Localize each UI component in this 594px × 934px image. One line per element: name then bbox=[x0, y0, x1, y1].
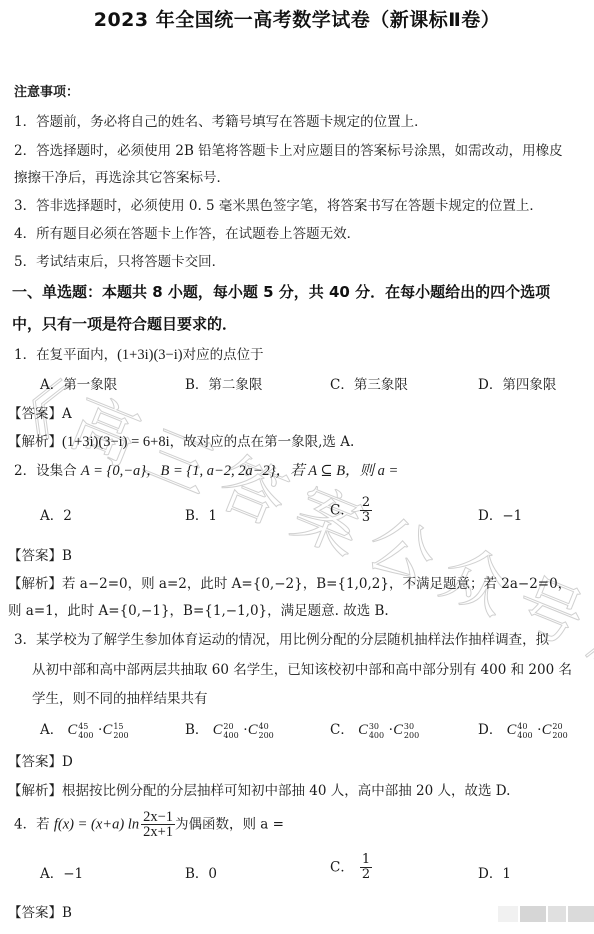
notice-item-5: 5．考试结束后，只将答题卡交回． bbox=[14, 252, 225, 272]
question-1-option-d: D．第四象限 bbox=[478, 375, 556, 395]
question-1-option-a: A．第一象限 bbox=[40, 375, 117, 395]
question-3-stem-line1: 3．某学校为了解学生参加体育运动的情况，用比例分配的分层随机抽样法作抽样调查，拟 bbox=[14, 630, 549, 650]
question-3-answer: 【答案】D bbox=[8, 752, 73, 772]
question-1-option-b: B．第二象限 bbox=[185, 375, 262, 395]
blurred-corner-mark bbox=[498, 906, 594, 926]
question-4-stem: 4．若 f(x) = (x+a) ln2x−12x+1为偶函数，则 a = bbox=[14, 810, 284, 839]
question-4-answer: 【答案】B bbox=[8, 903, 72, 923]
page-title: 2023 年全国统一高考数学试卷（新课标Ⅱ卷） bbox=[0, 5, 594, 32]
notice-item-1: 1．答题前，务必将自己的姓名、考籍号填写在答题卡规定的位置上． bbox=[14, 112, 428, 132]
question-1-option-c: C．第三象限 bbox=[330, 375, 408, 395]
question-1-stem-suffix: 对应的点位于 bbox=[183, 347, 264, 363]
question-3-analysis: 【解析】根据按比例分配的分层抽样可知初中部抽 40 人，高中部抽 20 人，故选… bbox=[8, 781, 510, 801]
question-4-option-a: A．−1 bbox=[40, 864, 83, 884]
question-1-math: (1+3i)(3−i) bbox=[117, 347, 182, 363]
question-3-option-a: A． C45400 ·C15200 bbox=[40, 720, 129, 740]
question-2-option-d: D．−1 bbox=[478, 506, 522, 526]
section-heading-line2: 中，只有一项是符合题目要求的． bbox=[12, 314, 237, 334]
question-3-stem-line2: 从初中部和高中部两层共抽取 60 名学生，已知该校初中部和高中部分别有 400 … bbox=[32, 660, 572, 680]
question-2-option-a: A．2 bbox=[40, 506, 72, 526]
question-3-option-d: D． C40400 ·C20200 bbox=[478, 720, 568, 740]
notice-item-3: 3．答非选择题时，必须使用 0. 5 毫米黑色签字笔，将答案书写在答题卡规定的位… bbox=[14, 196, 543, 216]
question-2-analysis-line1: 【解析】若 a−2=0，则 a=2，此时 A={0,−2}，B={1,0,2}，… bbox=[8, 574, 571, 594]
question-2-option-c: C．23 bbox=[330, 496, 372, 525]
question-4-option-d: D．1 bbox=[478, 864, 511, 884]
exam-page: 《高三答案公众号》 2023 年全国统一高考数学试卷（新课标Ⅱ卷） 注意事项： … bbox=[0, 0, 594, 934]
notice-item-2-cont: 擦擦干净后，再选涂其它答案标号． bbox=[14, 168, 230, 188]
question-1-analysis: 【解析】(1+3i)(3−i) = 6+8i，故对应的点在第一象限,选 A. bbox=[8, 432, 354, 452]
notice-heading: 注意事项： bbox=[14, 83, 79, 103]
question-1-stem-text: 1．在复平面内， bbox=[14, 347, 117, 363]
question-2-option-b: B．1 bbox=[185, 506, 217, 526]
section-heading-line1: 一、单选题：本题共 8 小题，每小题 5 分，共 40 分．在每小题给出的四个选… bbox=[12, 282, 550, 302]
question-3-option-c: C． C30400 ·C30200 bbox=[330, 720, 419, 740]
question-3-stem-line3: 学生，则不同的抽样结果共有 bbox=[32, 689, 208, 709]
notice-item-2: 2．答选择题时，必须使用 2B 铅笔将答题卡上对应题目的答案标号涂黑，如需改动，… bbox=[14, 141, 563, 161]
notice-item-4: 4．所有题目必须在答题卡上作答，在试题卷上答题无效． bbox=[14, 224, 360, 244]
question-2-answer: 【答案】B bbox=[8, 546, 72, 566]
question-1-stem: 1．在复平面内，(1+3i)(3−i)对应的点位于 bbox=[14, 345, 264, 365]
question-4-option-b: B．0 bbox=[185, 864, 217, 884]
question-2-analysis-line2: 则 a=1，此时 A={0,−1}，B={1,−1,0}，满足题意. 故选 B. bbox=[8, 601, 389, 621]
question-2-stem: 2．设集合 A = {0,−a}，B = {1, a−2, 2a−2}，若 A … bbox=[14, 461, 398, 481]
question-1-answer: 【答案】A bbox=[8, 404, 72, 424]
question-4-option-c: C．12 bbox=[330, 853, 372, 882]
question-3-option-b: B． C20400 ·C40200 bbox=[185, 720, 274, 740]
